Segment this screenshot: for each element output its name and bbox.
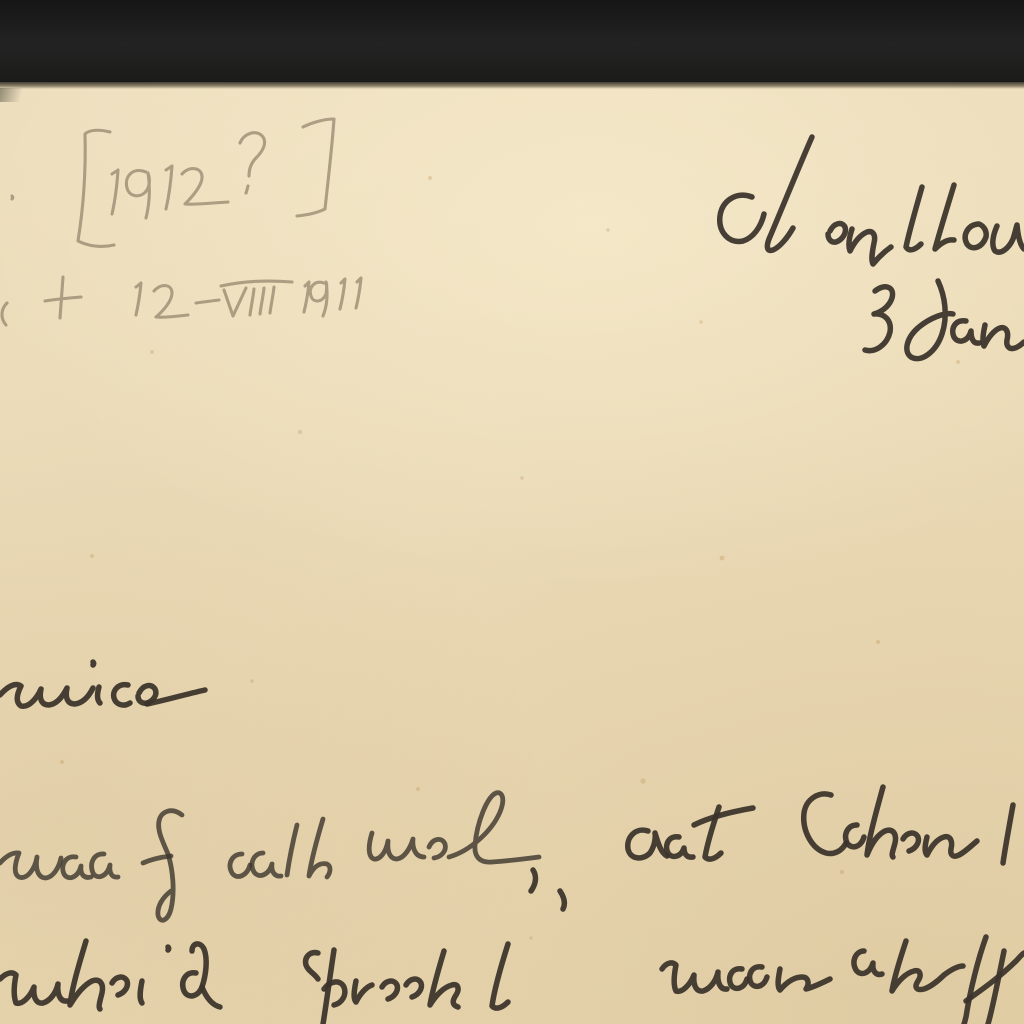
handwriting-layer: [1912?] + 12 –VIII 1911 (0, 0, 1024, 1024)
pencil-annotation-year: [1912?] (2, 119, 334, 325)
pencil-annotation-date-note: + 12 –VIII 1911 (45, 277, 361, 318)
handwriting-place-line: den Hou… (720, 137, 1024, 264)
handwriting-body-line-2: …mheid spreekt maar ook sp… (0, 891, 1024, 1024)
handwriting-date-line: 3 Jan… (865, 281, 1024, 359)
handwriting-salutation-fragment: …urice (0, 662, 205, 706)
paper-speckles (60, 176, 960, 940)
handwriting-body-line-1: …loof ook wel, dat Cohen … (0, 787, 1013, 920)
letter-scan: [1912?] + 12 –VIII 1911 (0, 0, 1024, 1024)
